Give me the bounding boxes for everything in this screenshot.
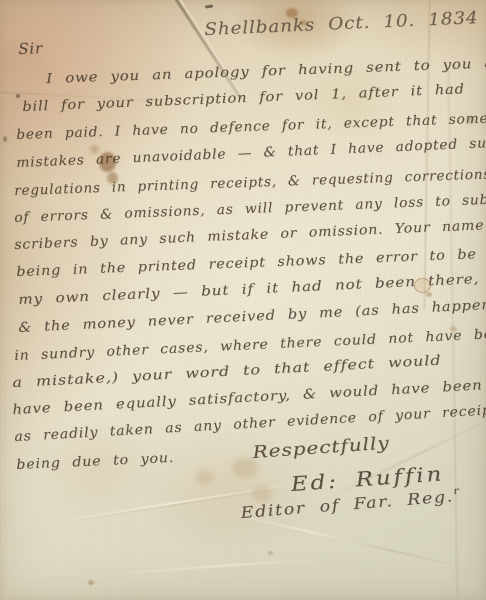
stain-spot — [88, 580, 94, 585]
stain-spot — [3, 136, 7, 142]
signature-title-superscript: r — [453, 486, 461, 498]
crease-line — [228, 512, 472, 570]
letter-line: being due to you. — [16, 450, 174, 473]
letter-closing: Respectfully — [252, 433, 390, 463]
stain-spot — [196, 470, 214, 485]
stain-spot — [268, 551, 273, 555]
letter-dateline: Shellbanks Oct. 10. 1834 — [204, 8, 479, 40]
letter-page: Shellbanks Oct. 10. 1834 Sir I owe you a… — [0, 0, 486, 600]
letter-salutation: Sir — [18, 39, 43, 58]
crease-line — [174, 0, 244, 98]
letter-line: bill for your subscription for vol 1, af… — [22, 81, 465, 115]
stain-spot — [426, 292, 432, 297]
stain-spot — [205, 4, 213, 8]
signature-title-text: Editor of Far. Reg. — [240, 487, 454, 522]
stain-spot — [16, 94, 20, 98]
crease-line — [170, 0, 242, 100]
stain-spot — [252, 486, 272, 502]
crease-line — [110, 557, 330, 574]
